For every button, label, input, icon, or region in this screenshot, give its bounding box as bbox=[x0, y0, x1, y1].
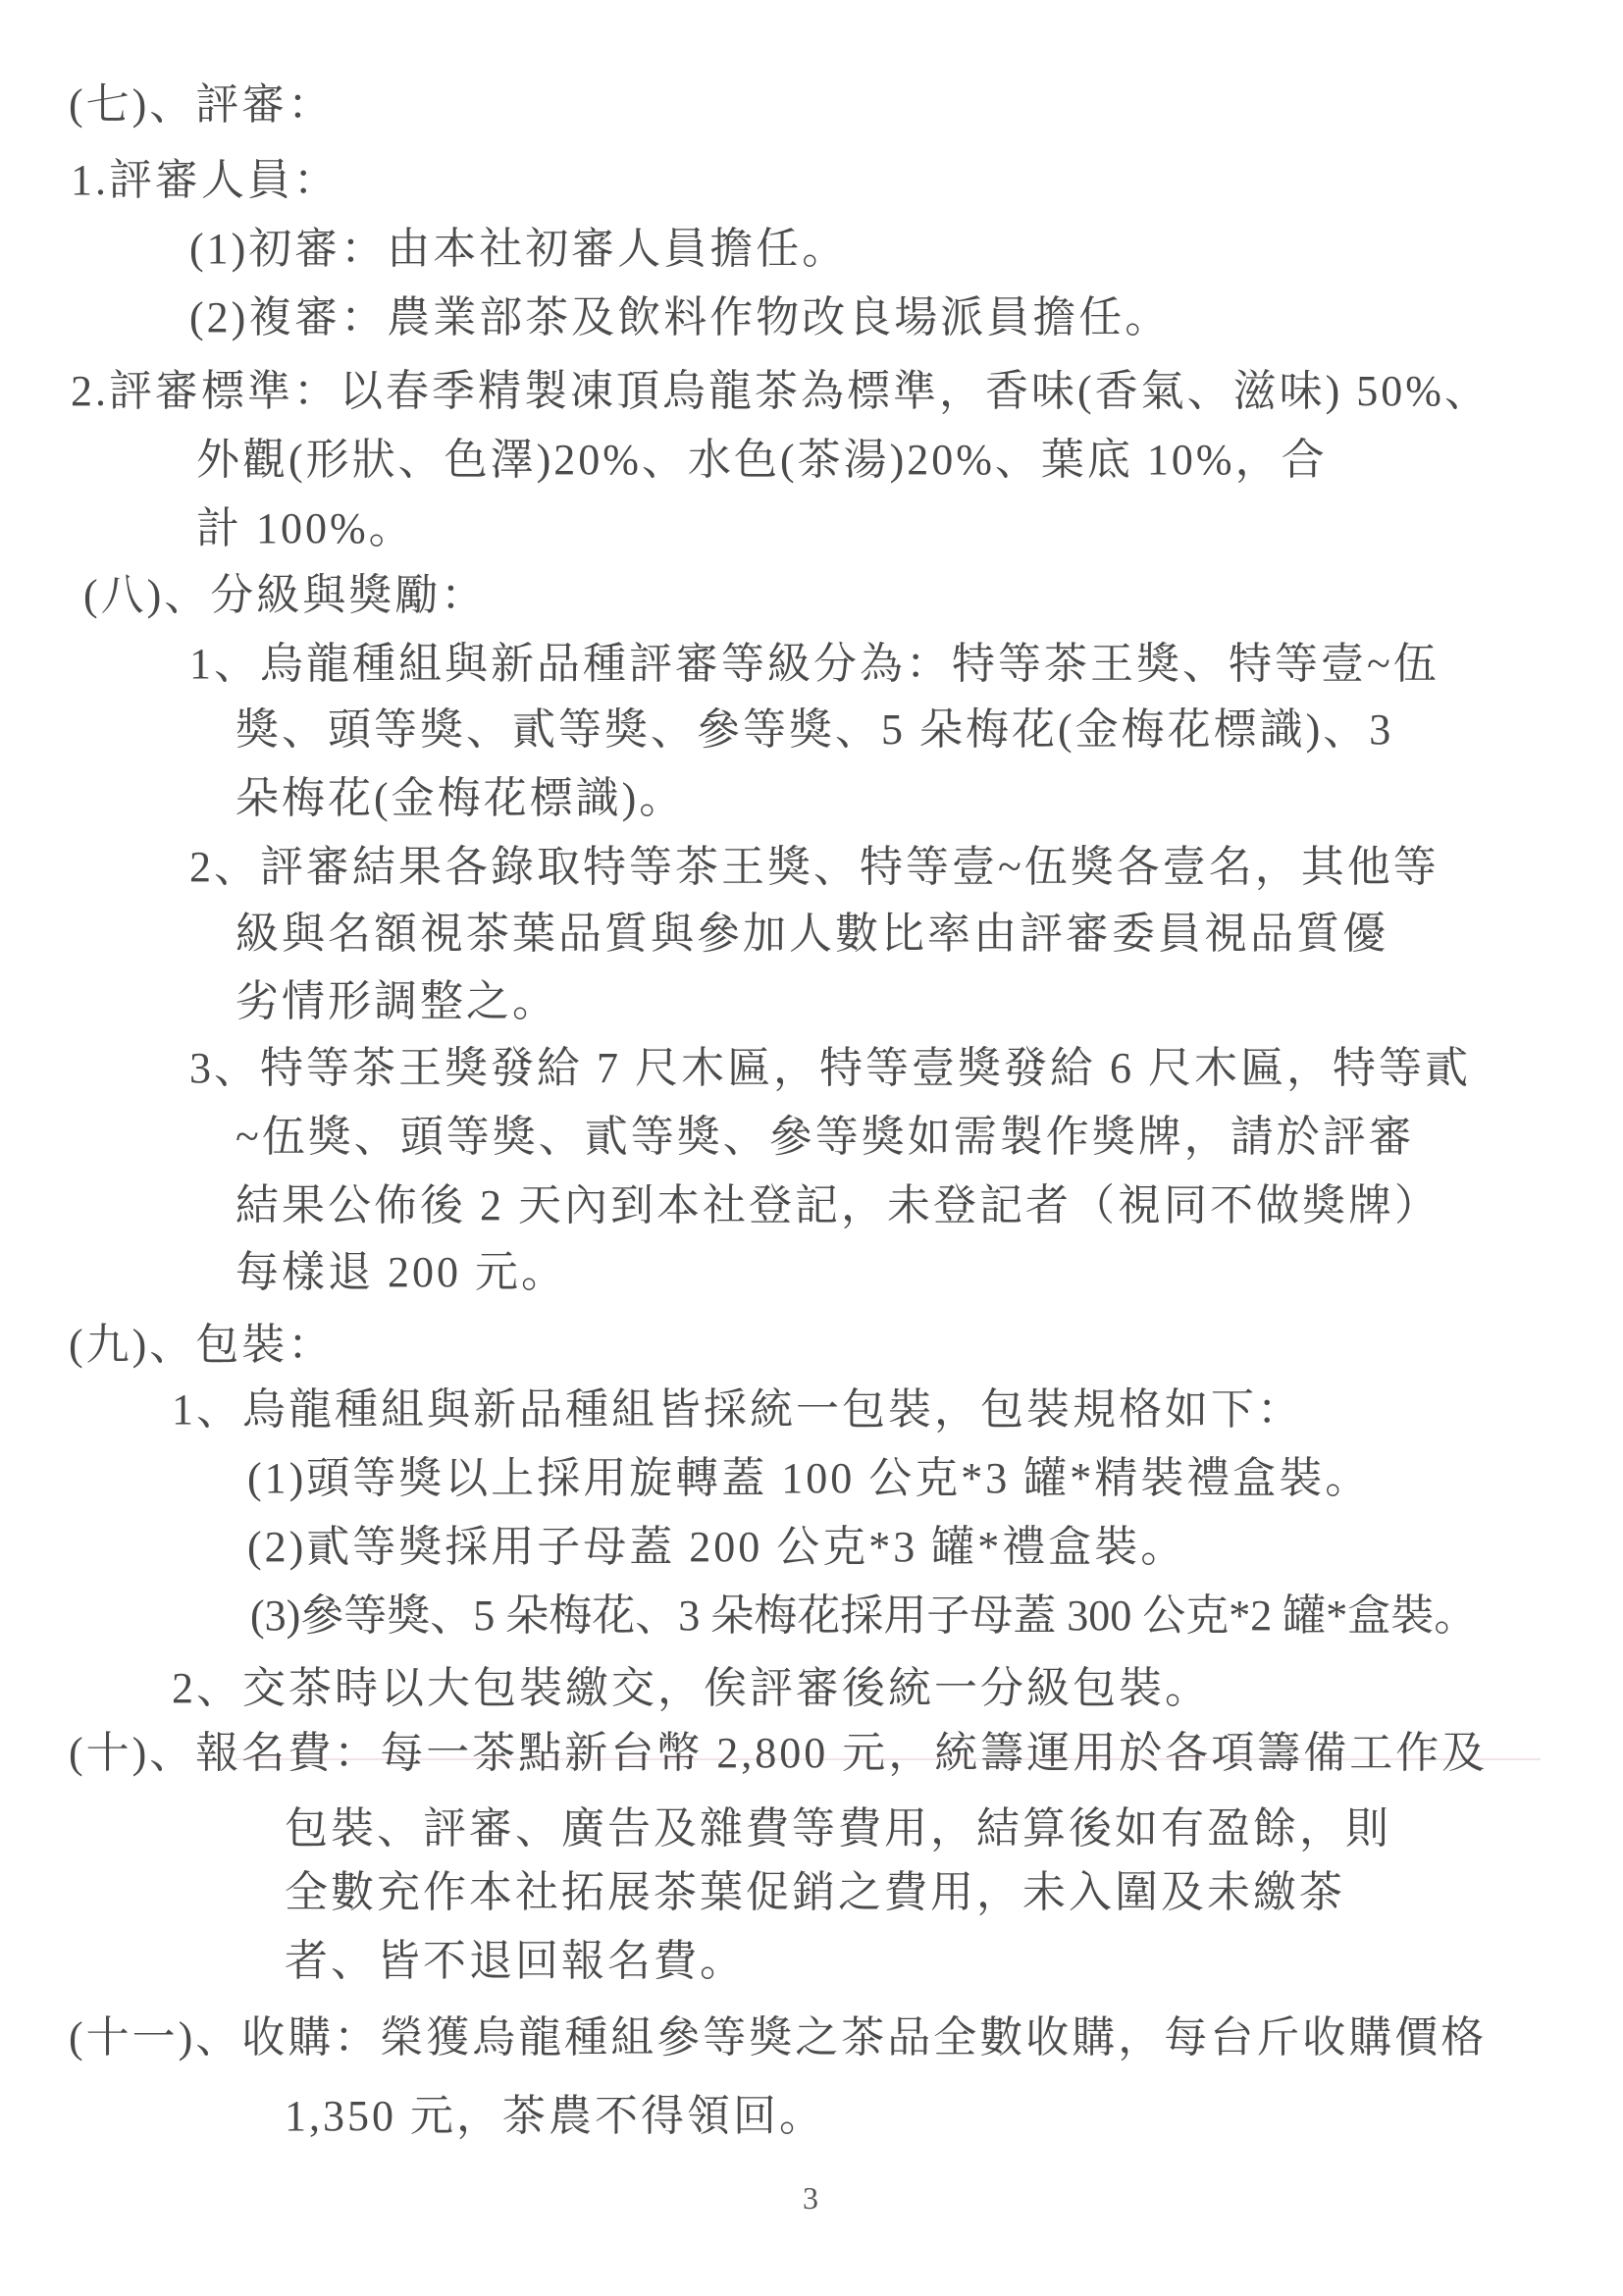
section-11-heading: (十一)、收購：榮獲烏龍種組參等獎之茶品全數收購，每台斤收購價格 bbox=[69, 2014, 1487, 2061]
fee-line-3: 全數充作本社拓展茶葉促銷之費用，未入圍及未繳茶 bbox=[285, 1869, 1345, 1916]
document-page: (七)、評審： 1.評審人員： (1)初審：由本社初審人員擔任。 (2)複審：農… bbox=[0, 0, 1623, 2296]
plaque-line-3: 結果公佈後 2 天內到本社登記，未登記者（視同不做獎牌） bbox=[236, 1182, 1440, 1229]
packaging-line-2: 2、交茶時以大包裝繳交，俟評審後統一分級包裝。 bbox=[172, 1665, 1211, 1712]
grades-line-2: 獎、頭等獎、貳等獎、參等獎、5 朵梅花(金梅花標識)、3 bbox=[236, 706, 1393, 754]
section-10-heading: (十)、報名費：每一茶點新台幣 2,800 元，統籌運用於各項籌備工作及 bbox=[69, 1730, 1488, 1777]
plaque-line-4: 每樣退 200 元。 bbox=[236, 1249, 567, 1296]
section-7-heading: (七)、評審： bbox=[69, 81, 334, 129]
quota-line-2: 級與名額視茶葉品質與參加人數比率由評審委員視品質優 bbox=[236, 911, 1388, 958]
quota-line-3: 劣情形調整之。 bbox=[236, 978, 558, 1025]
section-8-heading: (八)、分級與獎勵： bbox=[83, 572, 487, 619]
fee-line-2: 包裝、評審、廣告及雜費等費用，結算後如有盈餘，則 bbox=[285, 1805, 1391, 1852]
packaging-spec-3: (3)參等獎、5 朵梅花、3 朵梅花採用子母蓋 300 公克*2 罐*盒裝。 bbox=[250, 1592, 1477, 1640]
section-9-heading: (九)、包裝： bbox=[69, 1322, 334, 1369]
criteria-line-3: 計 100%。 bbox=[196, 505, 415, 552]
plaque-line-1: 3、特等茶王獎發給 7 尺木匾，特等壹獎發給 6 尺木匾，特等貳 bbox=[189, 1045, 1471, 1092]
judges-item-heading: 1.評審人員： bbox=[71, 157, 340, 204]
packaging-spec-1: (1)頭等獎以上採用旋轉蓋 100 公克*3 罐*精裝禮盒裝。 bbox=[247, 1455, 1371, 1502]
quota-line-1: 2、評審結果各錄取特等茶王獎、特等壹~伍獎各壹名，其他等 bbox=[189, 844, 1440, 891]
packaging-spec-2: (2)貳等獎採用子母蓋 200 公克*3 罐*禮盒裝。 bbox=[247, 1524, 1186, 1571]
second-review-line: (2)複審：農業部茶及飲料作物改良場派員擔任。 bbox=[189, 294, 1171, 341]
grades-line-1: 1、烏龍種組與新品種評審等級分為：特等茶王獎、特等壹~伍 bbox=[189, 641, 1440, 688]
criteria-line-2: 外觀(形狀、色澤)20%、水色(茶湯)20%、葉底 10%，合 bbox=[196, 437, 1328, 484]
packaging-line-1: 1、烏龍種組與新品種組皆採統一包裝，包裝規格如下： bbox=[172, 1386, 1303, 1434]
first-review-line: (1)初審：由本社初審人員擔任。 bbox=[189, 226, 848, 273]
fee-line-4: 者、皆不退回報名費。 bbox=[285, 1938, 746, 1985]
grades-line-3: 朵梅花(金梅花標識)。 bbox=[236, 775, 685, 822]
page-number: 3 bbox=[803, 2180, 818, 2217]
plaque-line-2: ~伍獎、頭等獎、貳等獎、參等獎如需製作獎牌，請於評審 bbox=[236, 1114, 1415, 1161]
criteria-line-1: 2.評審標準：以春季精製凍頂烏龍茶為標準，香味(香氣、滋味) 50%、 bbox=[71, 368, 1491, 415]
purchase-line-2: 1,350 元，茶農不得領回。 bbox=[285, 2093, 825, 2140]
